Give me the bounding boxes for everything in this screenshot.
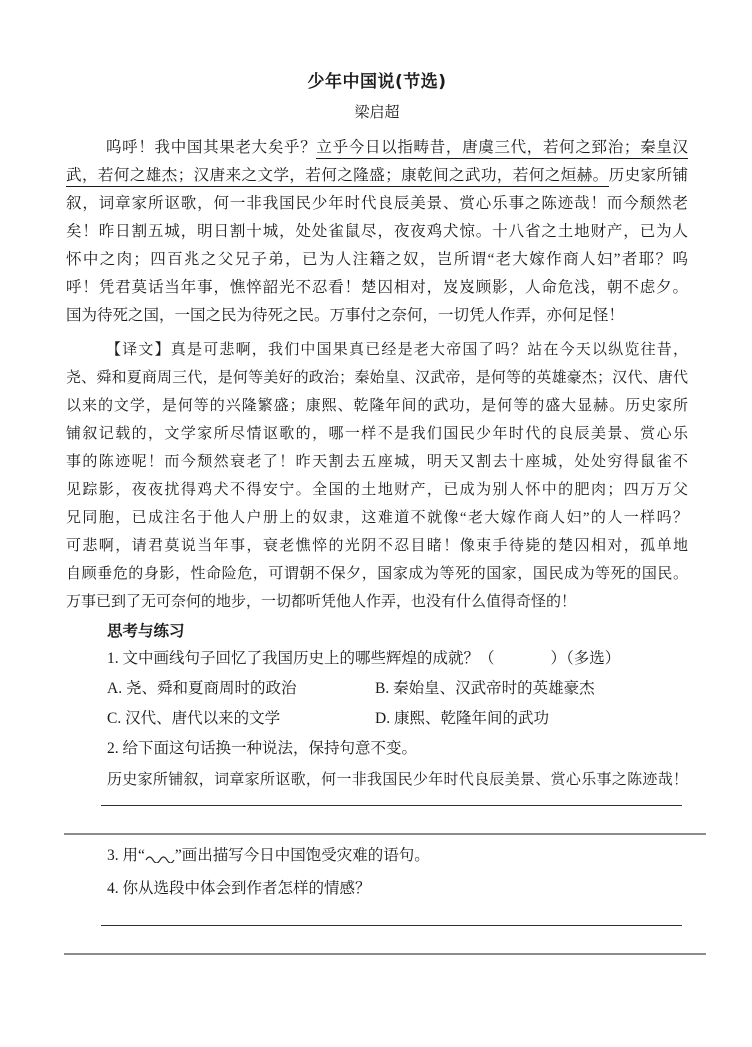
wavy-line-icon: [145, 844, 175, 874]
author-name: 梁启超: [66, 102, 688, 124]
answer-line: [64, 953, 706, 955]
text-line: 武，若何之雄杰；汉唐来之文学，若何之隆盛；康乾间之武功，若何之烜赫。历史家所铺: [66, 162, 688, 190]
answer-line: [64, 833, 706, 835]
plain-text: 怀中之肉；四百兆之父兄子弟，已为人注籍之奴，岂所谓“老大嫁作商人妇”者耶？呜: [66, 251, 688, 268]
text-line: 事的陈迹呢！而今颓然衰老了！昨天割去五座城，明天又割去十座城，处处穷得鼠雀不: [66, 448, 688, 476]
question-1-text: 1. 文中画线句子回忆了我国历史上的哪些辉煌的成就？（: [107, 650, 495, 667]
text-line: 以来的文学，是何等的兴隆繁盛；康熙、乾隆年间的武功，是何等的盛大显赫。历史家所: [66, 392, 688, 420]
plain-text: 国为待死之国，一国之民为待死之民。万事付之奈何，一切凭人作弄，亦何足怪！: [66, 307, 624, 324]
question-2: 2. 给下面这句话换一种说法，保持句意不变。: [107, 734, 688, 764]
worksheet-page: 少年中国说(节选) 梁启超 呜呼！我中国其果老大矣乎？立乎今日以指畴昔，唐虞三代…: [0, 0, 752, 1047]
option-d: D. 康熙、乾隆年间的武功: [375, 704, 549, 734]
plain-text: 呜呼！我中国其果老大矣乎？: [106, 139, 316, 156]
text-line: 叙，词章家所讴歌，何一非我国民少年时代良辰美景、赏心乐事之陈迹哉！而今颓然老: [66, 190, 688, 218]
text-line: 兄同胞，已成注名于他人户册上的奴隶，这难道不就像“老大嫁作商人妇”的人一样吗？: [66, 504, 688, 532]
underlined-text: 立乎今日以指畴昔，唐虞三代，若何之郅治；秦皇汉: [316, 139, 688, 159]
text-line: 自顾垂危的身影，性命险危，可谓朝不保夕，国家成为等死的国家，国民成为等死的国民。: [66, 560, 688, 588]
original-text-paragraph: 呜呼！我中国其果老大矣乎？立乎今日以指畴昔，唐虞三代，若何之郅治；秦皇汉武，若何…: [66, 134, 688, 330]
question-2-quote: 历史家所铺叙，词章家所讴歌，何一非我国民少年时代良辰美景、赏心乐事之陈迹哉！: [107, 766, 688, 794]
exercise-header: 思考与练习: [107, 618, 688, 644]
plain-text: 叙，词章家所讴歌，何一非我国民少年时代良辰美景、赏心乐事之陈迹哉！而今颓然老: [66, 195, 688, 212]
text-line: 铺叙记载的，文学家所尽情讴歌的，哪一样不是我们国民少年时代的良辰美景、赏心乐: [66, 420, 688, 448]
options-row-2: C. 汉代、唐代以来的文学 D. 康熙、乾隆年间的武功: [107, 704, 688, 734]
question-3-suffix: ”画出描写今日中国饱受灾难的语句。: [175, 847, 430, 864]
text-line: 怀中之肉；四百兆之父兄子弟，已为人注籍之奴，岂所谓“老大嫁作商人妇”者耶？呜: [66, 246, 688, 274]
option-b: B. 秦始皇、汉武帝时的英雄豪杰: [375, 674, 595, 704]
page-title: 少年中国说(节选): [66, 71, 688, 93]
plain-text: 矣！昨日割五城，明日割十城，处处雀鼠尽，夜夜鸡犬惊。十八省之土地财产，已为人: [66, 223, 688, 240]
question-4: 4. 你从选段中体会到作者怎样的情感？: [107, 874, 688, 904]
text-line: 呼！凭君莫话当年事，憔悴韶光不忍看！楚囚相对，岌岌顾影，人命危浅，朝不虑夕。: [66, 274, 688, 302]
answer-line: [101, 925, 682, 926]
text-line: 尧、舜和夏商周三代，是何等美好的政治；秦始皇、汉武帝，是何等的英雄豪杰；汉代、唐…: [66, 364, 688, 392]
text-line: 矣！昨日割五城，明日割十城，处处雀鼠尽，夜夜鸡犬惊。十八省之土地财产，已为人: [66, 218, 688, 246]
text-line: 万事已到了无可奈何的地步，一切都听凭他人作弄，也没有什么值得奇怪的！: [66, 588, 688, 616]
text-line: 国为待死之国，一国之民为待死之民。万事付之奈何，一切凭人作弄，亦何足怪！: [66, 302, 688, 330]
plain-text: 呼！凭君莫话当年事，憔悴韶光不忍看！楚囚相对，岌岌顾影，人命危浅，朝不虑夕。: [66, 279, 688, 296]
exercise-section: 思考与练习 1. 文中画线句子回忆了我国历史上的哪些辉煌的成就？（）（多选） A…: [66, 618, 688, 955]
question-3: 3. 用“”画出描写今日中国饱受灾难的语句。: [107, 841, 688, 874]
plain-text: 历史家所铺: [609, 167, 688, 184]
text-line: 可悲啊，请君莫说当年事，衰老憔悴的光阴不忍目睹！像束手待毙的楚囚相对，孤单地: [66, 532, 688, 560]
text-line: 呜呼！我中国其果老大矣乎？立乎今日以指畴昔，唐虞三代，若何之郅治；秦皇汉: [66, 134, 688, 162]
question-3-prefix: 3. 用“: [107, 847, 145, 864]
text-line: 【译文】真是可悲啊，我们中国果真已经是老大帝国了吗？站在今天以纵览往昔，: [66, 336, 688, 364]
answer-line: [101, 805, 682, 806]
option-c: C. 汉代、唐代以来的文学: [107, 704, 375, 734]
question-1: 1. 文中画线句子回忆了我国历史上的哪些辉煌的成就？（）（多选）: [107, 644, 688, 674]
options-row-1: A. 尧、舜和夏商周时的政治 B. 秦始皇、汉武帝时的英雄豪杰: [107, 674, 688, 704]
translation-paragraph: 【译文】真是可悲啊，我们中国果真已经是老大帝国了吗？站在今天以纵览往昔，尧、舜和…: [66, 336, 688, 616]
text-line: 见踪影，夜夜扰得鸡犬不得安宁。全国的土地财产，已成为别人怀中的肥肉；四万万父: [66, 476, 688, 504]
option-a: A. 尧、舜和夏商周时的政治: [107, 674, 375, 704]
question-1-suffix: ）（多选）: [551, 650, 621, 667]
underlined-text: 武，若何之雄杰；汉唐来之文学，若何之隆盛；康乾间之武功，若何之烜赫。: [66, 167, 609, 187]
